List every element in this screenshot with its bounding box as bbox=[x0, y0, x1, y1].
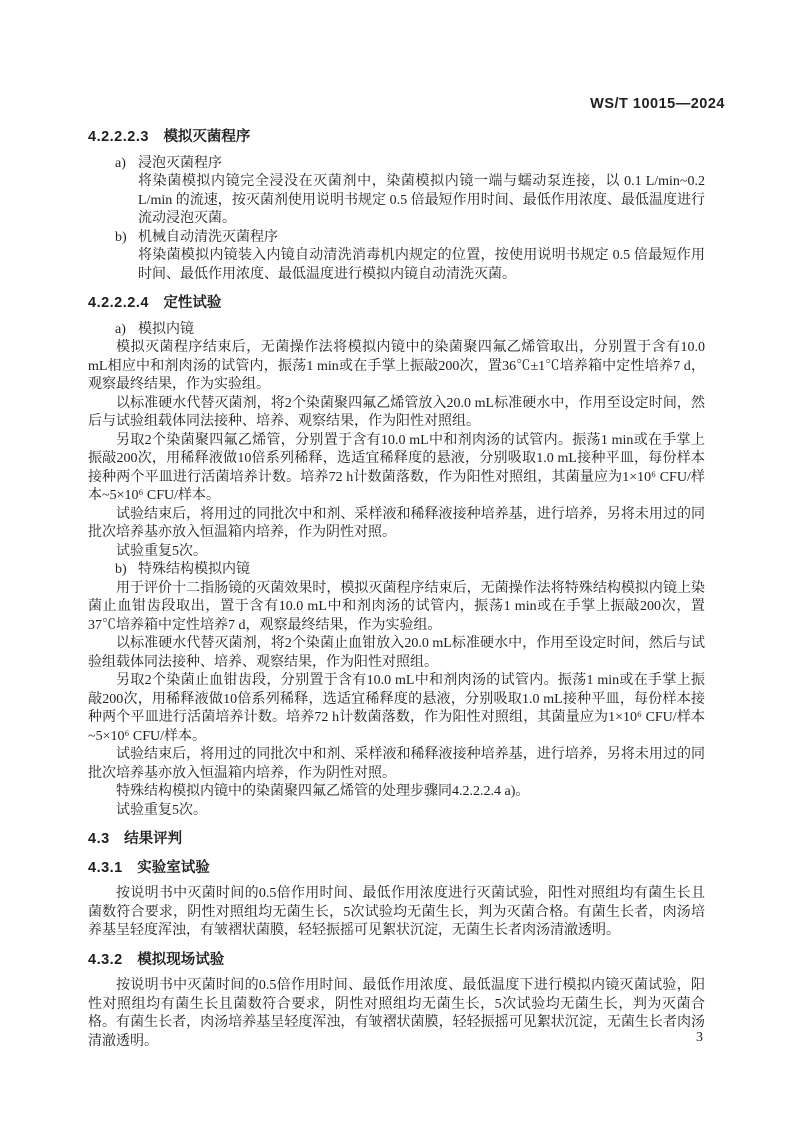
section-title: 模拟现场试验 bbox=[137, 952, 224, 968]
section-heading: 4.2.2.2.3模拟灭菌程序 bbox=[88, 128, 705, 147]
list-item-label: b) bbox=[115, 229, 138, 248]
list-item-text: 浸泡灭菌程序 bbox=[138, 156, 222, 171]
paragraph: 按说明书中灭菌时间的0.5倍作用时间、最低作用浓度、最低温度下进行模拟内镜灭菌试… bbox=[88, 977, 705, 1051]
list-item: b)特殊结构模拟内镜 bbox=[115, 561, 705, 580]
paragraph: 按说明书中灭菌时间的0.5倍作用时间、最低作用浓度进行灭菌试验，阳性对照组均有菌… bbox=[88, 885, 705, 941]
list-item: b)机械自动清洗灭菌程序 bbox=[115, 229, 705, 248]
document-content: 4.2.2.2.3模拟灭菌程序a)浸泡灭菌程序将染菌模拟内镜完全浸没在灭菌剂中，… bbox=[88, 118, 705, 1051]
paragraph: 模拟灭菌程序结束后，无菌操作法将模拟内镜中的染菌聚四氟乙烯管取出，分别置于含有1… bbox=[88, 339, 705, 395]
paragraph: 特殊结构模拟内镜中的染菌聚四氟乙烯管的处理步骤同4.2.2.2.4 a)。 bbox=[88, 783, 705, 802]
paragraph: 试验结束后，将用过的同批次中和剂、采样液和稀释液接种培养基，进行培养，另将未用过… bbox=[88, 746, 705, 783]
section-number: 4.3.2 bbox=[88, 952, 123, 968]
section-title: 定性试验 bbox=[163, 295, 221, 311]
standard-number-header: WS/T 10015—2024 bbox=[590, 96, 725, 112]
list-item-label: a) bbox=[115, 321, 138, 340]
section-number: 4.3 bbox=[88, 831, 110, 847]
list-item-text: 特殊结构模拟内镜 bbox=[138, 562, 250, 577]
section-title: 模拟灭菌程序 bbox=[163, 129, 250, 145]
document-page: WS/T 10015—2024 4.2.2.2.3模拟灭菌程序a)浸泡灭菌程序将… bbox=[0, 0, 793, 1122]
list-item-text: 机械自动清洗灭菌程序 bbox=[138, 230, 278, 245]
page-number: 3 bbox=[696, 1030, 703, 1046]
section-title: 结果评判 bbox=[124, 831, 182, 847]
paragraph: 试验结束后，将用过的同批次中和剂、采样液和稀释液接种培养基，进行培养，另将未用过… bbox=[88, 506, 705, 543]
list-item-label: a) bbox=[115, 155, 138, 174]
list-item: a)浸泡灭菌程序 bbox=[115, 155, 705, 174]
section-heading: 4.2.2.2.4定性试验 bbox=[88, 294, 705, 313]
section-number: 4.2.2.2.4 bbox=[88, 295, 149, 311]
section-heading: 4.3结果评判 bbox=[88, 830, 705, 849]
paragraph: 以标准硬水代替灭菌剂，将2个染菌止血钳放入20.0 mL标准硬水中，作用至设定时… bbox=[88, 635, 705, 672]
section-number: 4.2.2.2.3 bbox=[88, 129, 149, 145]
paragraph: 试验重复5次。 bbox=[88, 802, 705, 821]
list-paragraph: 将染菌模拟内镜完全浸没在灭菌剂中，染菌模拟内镜一端与蠕动泵连接，以 0.1 L/… bbox=[138, 173, 705, 229]
list-item-text: 模拟内镜 bbox=[138, 322, 194, 337]
paragraph: 以标准硬水代替灭菌剂，将2个染菌聚四氟乙烯管放入20.0 mL标准硬水中，作用至… bbox=[88, 395, 705, 432]
list-item: a)模拟内镜 bbox=[115, 321, 705, 340]
section-number: 4.3.1 bbox=[88, 860, 123, 876]
paragraph: 用于评价十二指肠镜的灭菌效果时，模拟灭菌程序结束后，无菌操作法将特殊结构模拟内镜… bbox=[88, 580, 705, 636]
section-heading: 4.3.2模拟现场试验 bbox=[88, 951, 705, 970]
section-heading: 4.3.1实验室试验 bbox=[88, 859, 705, 878]
paragraph: 另取2个染菌止血钳齿段，分别置于含有10.0 mL中和剂肉汤的试管内。振荡1 m… bbox=[88, 672, 705, 746]
section-title: 实验室试验 bbox=[137, 860, 210, 876]
paragraph: 试验重复5次。 bbox=[88, 543, 705, 562]
list-paragraph: 将染菌模拟内镜装入内镜自动清洗消毒机内规定的位置，按使用说明书规定 0.5 倍最… bbox=[138, 247, 705, 284]
paragraph: 另取2个染菌聚四氟乙烯管，分别置于含有10.0 mL中和剂肉汤的试管内。振荡1 … bbox=[88, 432, 705, 506]
list-item-label: b) bbox=[115, 561, 138, 580]
